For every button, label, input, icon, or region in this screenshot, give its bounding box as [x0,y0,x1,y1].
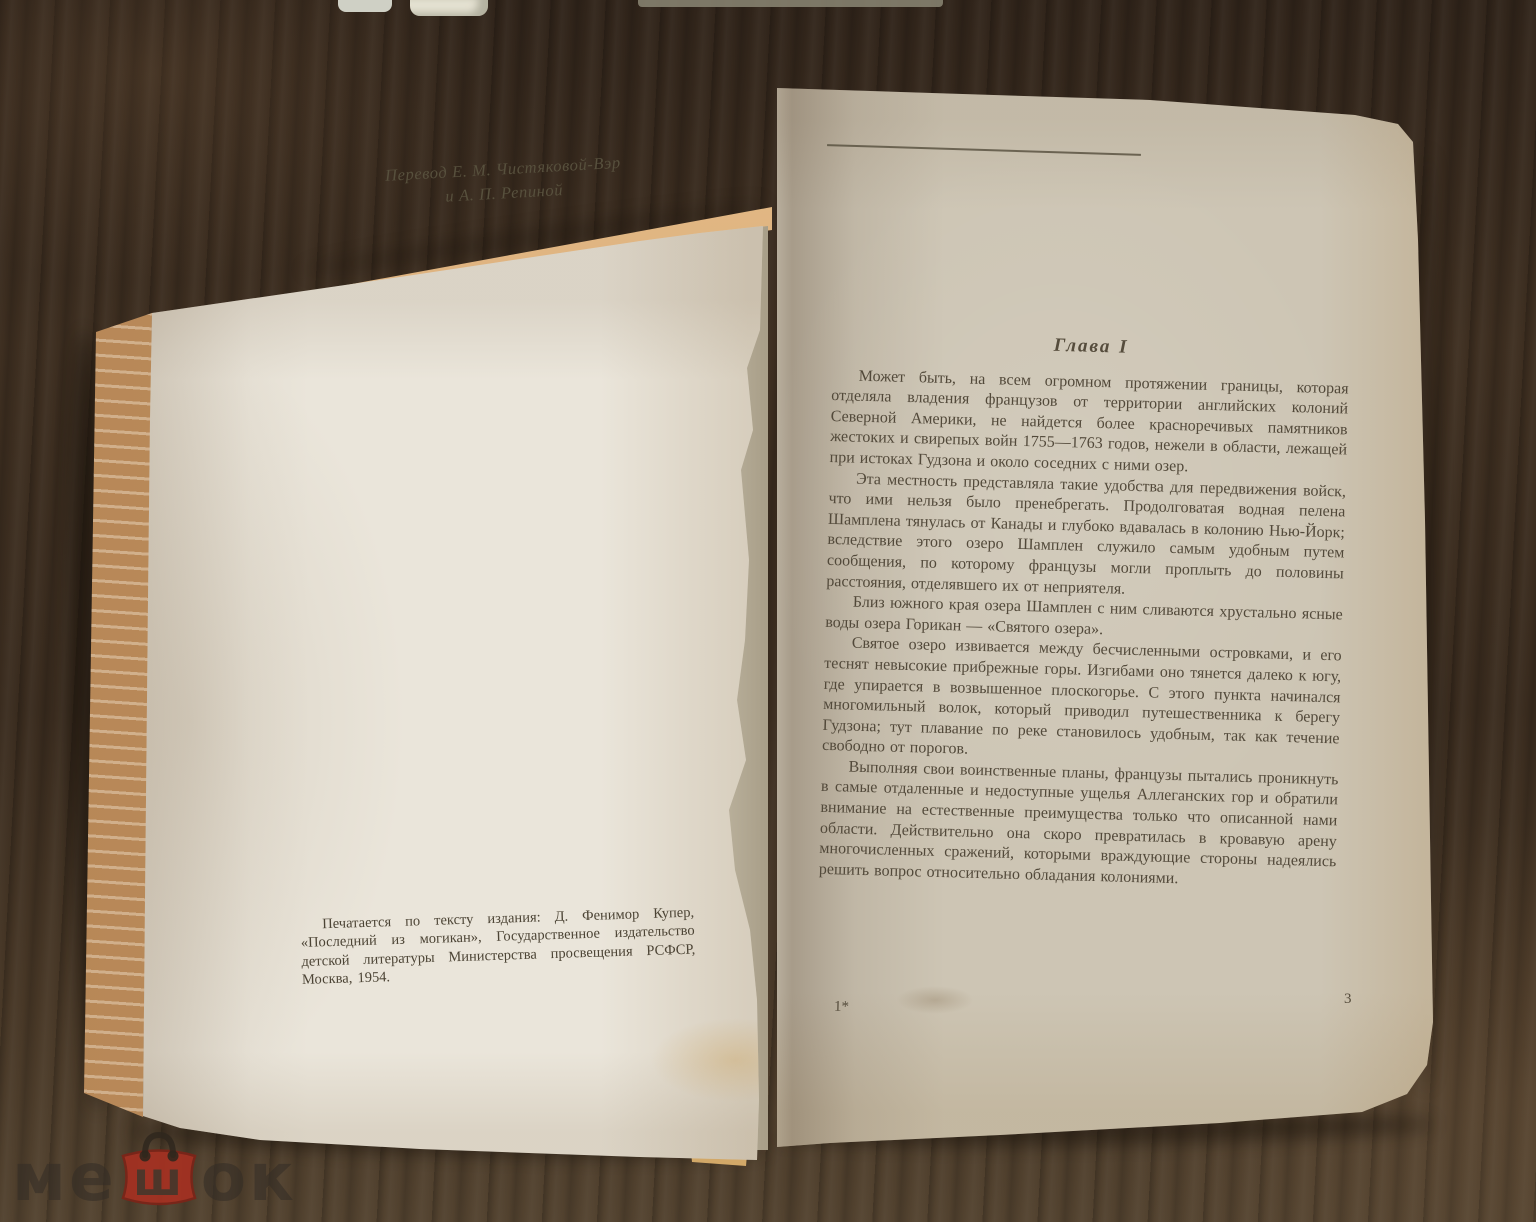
watermark-suffix: ок [201,1145,297,1211]
paragraph-1: Может быть, на всем огромном протяжении … [829,366,1349,482]
shopping-bag-icon: ш [113,1128,205,1216]
watermark-logo: ме ш ок [12,1128,297,1220]
paragraph-4: Святое озеро извивается между бесчисленн… [822,633,1342,770]
book-photo-scene: Перевод Е. М. Чистяковой-Вэр и А. П. Реп… [0,0,1536,1222]
footnote-mark: 1* [834,999,849,1016]
paragraph-2: Эта местность представляла такие удобств… [826,469,1346,606]
page-number: 3 [1344,991,1352,1008]
watermark-bag-letter: ш [133,1152,185,1206]
table-object-small-white [338,0,392,12]
chapter-text-block: Глава I Может быть, на всем огромном про… [819,330,1350,894]
watermark-prefix: ме [12,1145,117,1211]
paragraph-5: Выполняя свои воинственные планы, францу… [819,757,1339,894]
imprint-note: Печатается по тексту издания: Д. Фенимор… [300,904,696,990]
table-object-light [410,0,488,16]
table-object-gray-strip [638,0,943,7]
